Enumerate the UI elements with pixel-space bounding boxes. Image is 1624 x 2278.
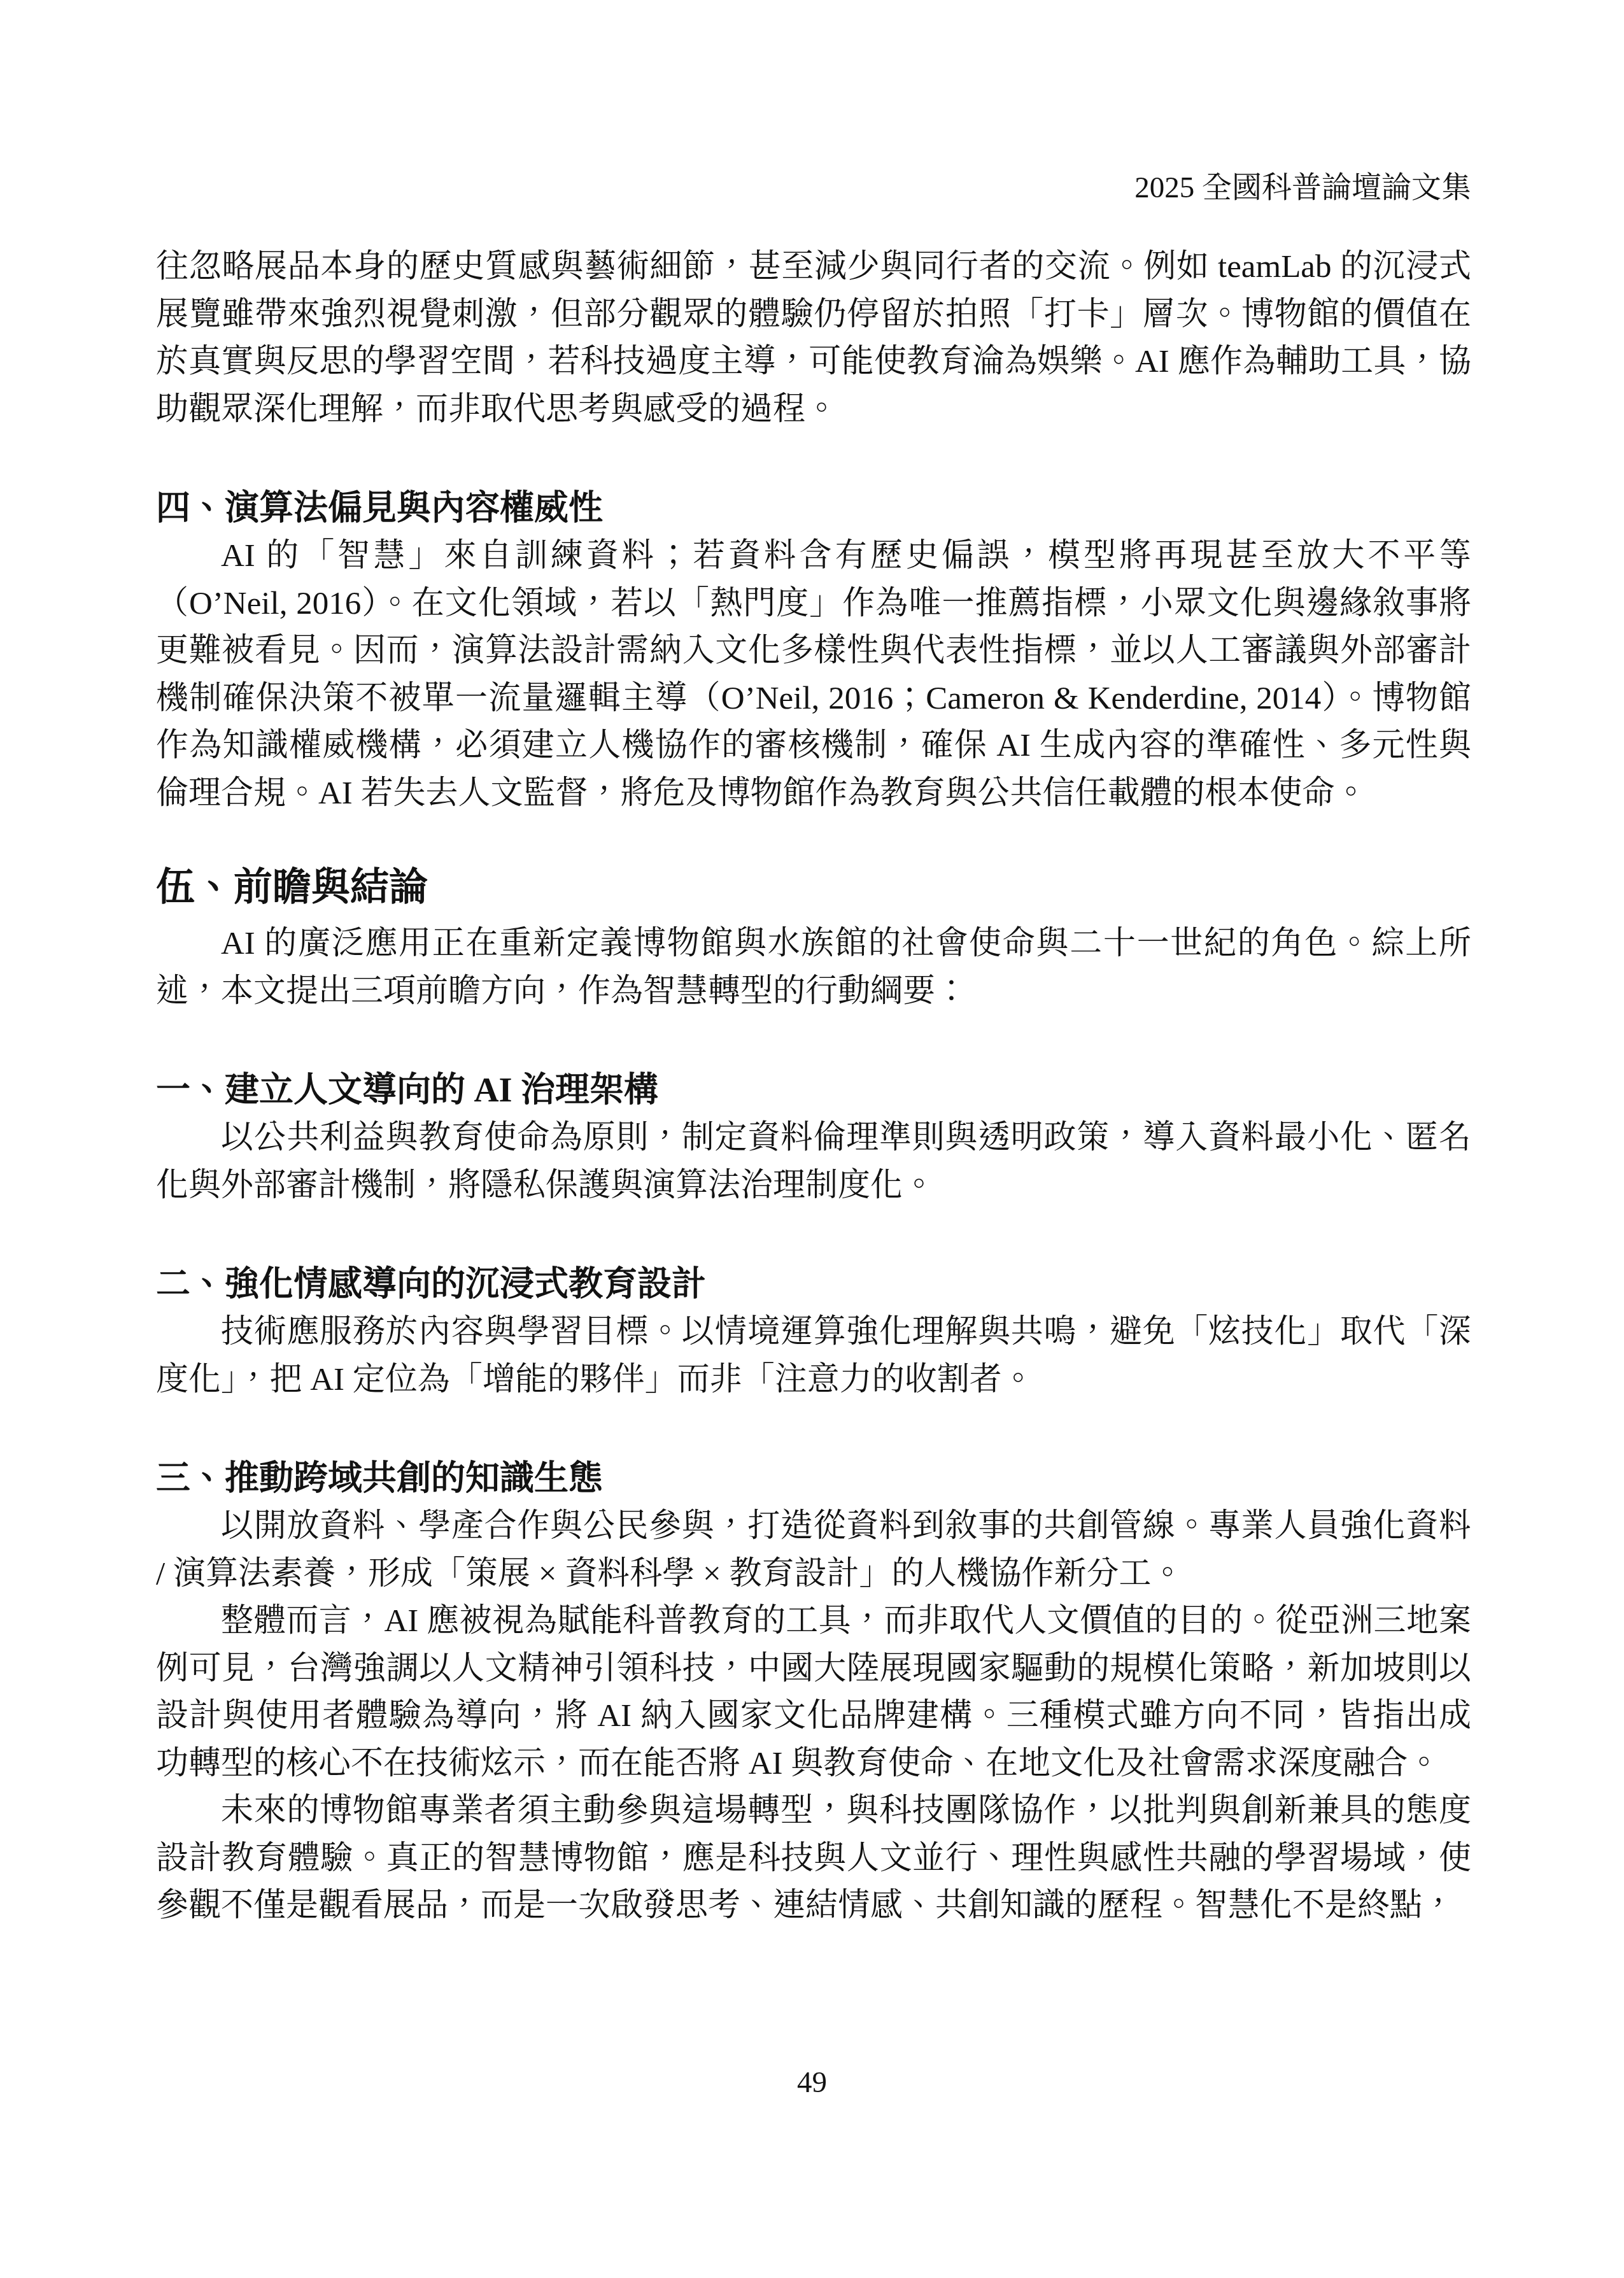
page-footer: 49 [0, 2066, 1624, 2099]
section-heading-4: 四、演算法偏見與內容權威性 [156, 484, 1471, 532]
document-page: 2025 全國科普論壇論文集 往忽略展品本身的歷史質感與藝術細節，甚至減少與同行… [0, 0, 1624, 2278]
page-header: 2025 全國科普論壇論文集 [156, 0, 1471, 205]
subsection2-paragraph: 技術應服務於內容與學習目標。以情境運算強化理解與共鳴，避免「炫技化」取代「深度化… [156, 1308, 1471, 1403]
paragraph-continuation: 往忽略展品本身的歷史質感與藝術細節，甚至減少與同行者的交流。例如 teamLab… [156, 243, 1471, 433]
section4-paragraph: AI 的「智慧」來自訓練資料；若資料含有歷史偏誤，模型將再現甚至放大不平等（O’… [156, 532, 1471, 817]
subsection-heading-1: 一、建立人文導向的 AI 治理架構 [156, 1066, 1471, 1114]
journal-title: 2025 全國科普論壇論文集 [1134, 171, 1471, 204]
page-number: 49 [797, 2066, 827, 2099]
page-content: 往忽略展品本身的歷史質感與藝術細節，甚至減少與同行者的交流。例如 teamLab… [156, 243, 1471, 1930]
subsection-heading-2: 二、強化情感導向的沉浸式教育設計 [156, 1260, 1471, 1308]
subsection1-paragraph: 以公共利益與教育使命為原則，制定資料倫理準則與透明政策，導入資料最小化、匿名化與… [156, 1114, 1471, 1209]
section5-intro-paragraph: AI 的廣泛應用正在重新定義博物館與水族館的社會使命與二十一世紀的角色。綜上所述… [156, 920, 1471, 1015]
subsection3-paragraph: 以開放資料、學產合作與公民參與，打造從資料到敘事的共創管線。專業人員強化資料 /… [156, 1503, 1471, 1597]
conclusion-paragraph-2: 未來的博物館專業者須主動參與這場轉型，與科技團隊協作，以批判與創新兼具的態度設計… [156, 1787, 1471, 1930]
subsection-heading-3: 三、推動跨域共創的知識生態 [156, 1454, 1471, 1503]
conclusion-paragraph-1: 整體而言，AI 應被視為賦能科普教育的工具，而非取代人文價值的目的。從亞洲三地案… [156, 1597, 1471, 1787]
section-heading-5: 伍、前瞻與結論 [156, 859, 1471, 917]
